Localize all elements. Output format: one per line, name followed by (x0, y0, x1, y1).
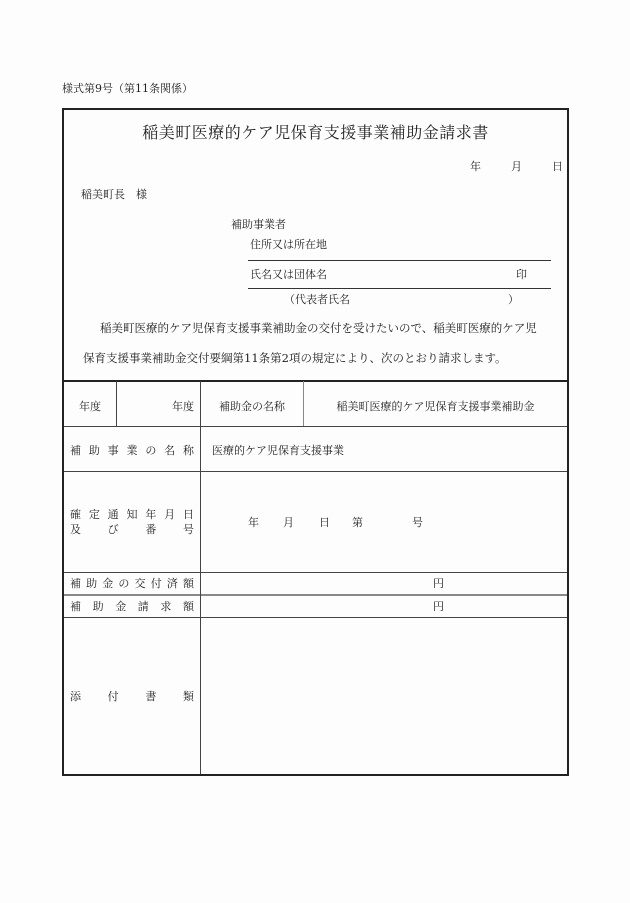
paid-amount-unit: 円 (433, 575, 444, 591)
notice-date-label-line2: 及 び 番 号 (70, 521, 194, 537)
col-divider (116, 381, 117, 426)
row-divider (64, 572, 567, 573)
request-amount-label: 補 助 金 請 求 額 (70, 598, 194, 614)
notice-number-suffix: 号 (412, 514, 423, 530)
paid-amount-label: 補 助 金 の 交 付 済 額 (70, 575, 194, 591)
representative-label[interactable]: （代表者氏名 (284, 291, 350, 307)
fiscal-year-field[interactable]: 年度 (172, 398, 194, 414)
date-month-label: 月 (511, 158, 522, 174)
notice-month[interactable]: 月 (283, 514, 294, 530)
body-text-line2: 保育支援事業補助金交付要綱第11条第2項の規定により、次のとおり請求します。 (83, 350, 507, 366)
date-year-label: 年 (470, 158, 481, 174)
row-divider (64, 594, 567, 596)
subsidy-name-value: 稲美町医療的ケア児保育支援事業補助金 (304, 398, 567, 414)
project-name-label: 補 助 事 業 の 名 称 (70, 442, 194, 458)
notice-year[interactable]: 年 (248, 514, 259, 530)
row-divider (64, 426, 567, 427)
seal-mark: 印 (516, 266, 527, 282)
form-number: 様式第9号（第11条関係） (62, 80, 193, 96)
project-name-value[interactable]: 医療的ケア児保育支援事業 (212, 442, 344, 458)
table-top-border (64, 380, 567, 382)
body-text-line1: 稲美町医療的ケア児保育支援事業補助金の交付を受けたいので、稲美町医療的ケア児 (100, 320, 537, 336)
address-underline (248, 260, 551, 261)
request-form: 稲美町医療的ケア児保育支援事業補助金請求書 年 月 日 稲美町長 様 補助事業者… (62, 108, 569, 776)
attachments-label: 添 付 書 類 (70, 688, 194, 704)
form-title: 稲美町医療的ケア児保育支援事業補助金請求書 (64, 120, 567, 143)
notice-date-label-line1: 確 定 通 知 年 月 日 (70, 506, 194, 522)
addressee: 稲美町長 様 (81, 186, 147, 202)
address-label[interactable]: 住所又は所在地 (250, 236, 327, 252)
row-divider (64, 471, 567, 472)
notice-number-prefix[interactable]: 第 (352, 514, 363, 530)
fiscal-year-label: 年度 (64, 398, 116, 414)
subsidy-name-label: 補助金の名称 (201, 398, 303, 414)
applicant-heading: 補助事業者 (231, 216, 286, 232)
attachments-field[interactable] (201, 618, 567, 774)
name-label[interactable]: 氏名又は団体名 (250, 266, 327, 282)
name-underline (248, 288, 551, 289)
notice-day[interactable]: 日 (319, 514, 330, 530)
request-amount-unit: 円 (433, 598, 444, 614)
representative-close: ） (508, 291, 519, 307)
date-day-label: 日 (552, 158, 563, 174)
